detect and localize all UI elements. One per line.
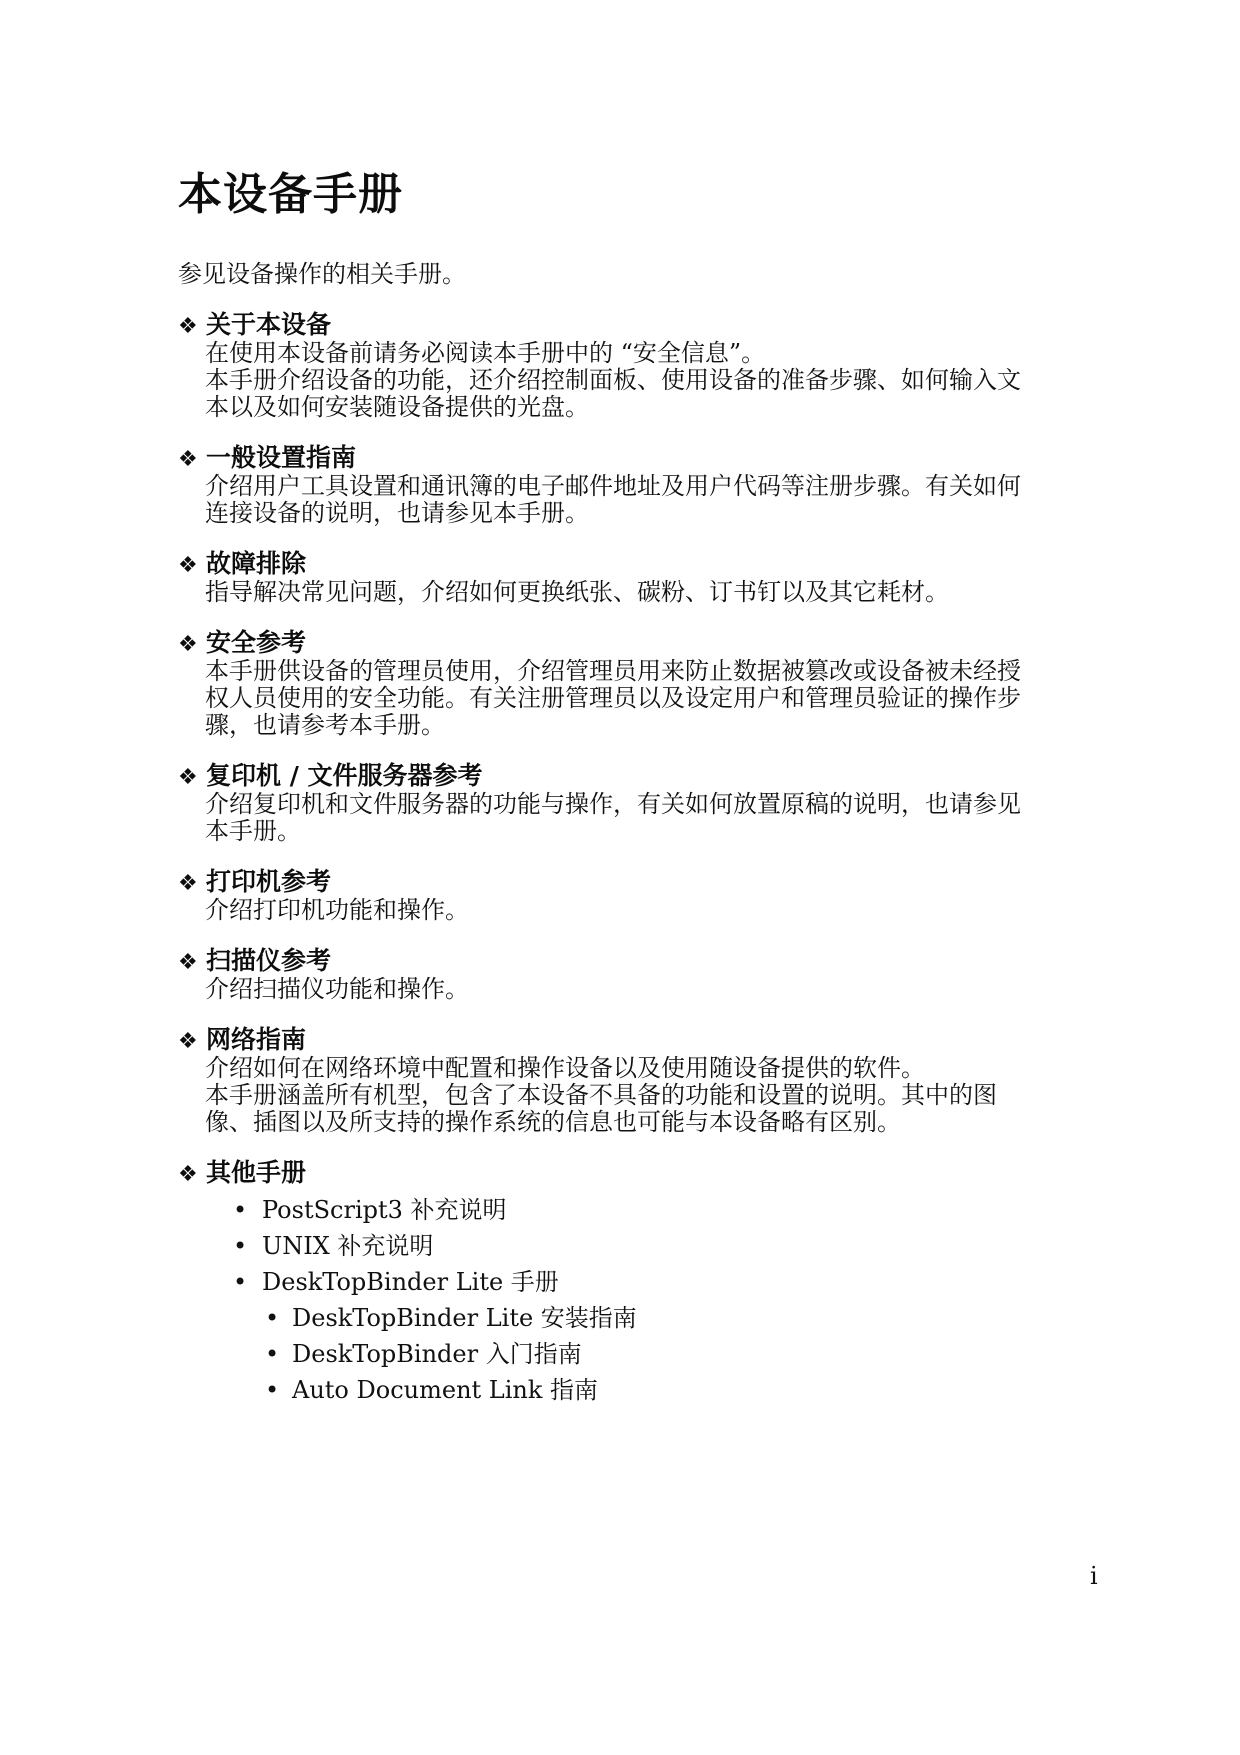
manual-name: PostScript3 补充说明 [262, 1197, 507, 1224]
list-item: • Auto Document Link 指南 [205, 1377, 1088, 1404]
manual-page: 本设备手册 参见设备操作的相关手册。 ❖ 关于本设备 在使用本设备前请务必阅读本… [0, 0, 1240, 1755]
section-body: 本手册供设备的管理员使用，介绍管理员用来防止数据被篡改或设备被未经授 权人员使用… [205, 658, 1088, 739]
section-other-manuals: ❖ 其他手册 • PostScript3 补充说明 • UNIX 补充说明 • … [178, 1159, 1088, 1404]
section-security-reference: ❖ 安全参考 本手册供设备的管理员使用，介绍管理员用来防止数据被篡改或设备被未经… [178, 629, 1088, 739]
list-item: • UNIX 补充说明 [205, 1233, 1088, 1260]
section-heading-row: ❖ 其他手册 [178, 1159, 1088, 1188]
section-heading-row: ❖ 安全参考 [178, 629, 1088, 658]
section-network-guide: ❖ 网络指南 介绍如何在网络环境中配置和操作设备以及使用随设备提供的软件。 本手… [178, 1026, 1088, 1136]
diamond-icon: ❖ [178, 313, 206, 340]
manual-name: DeskTopBinder Lite 手册 [262, 1269, 559, 1296]
section-body: 在使用本设备前请务必阅读本手册中的 “安全信息”。 本手册介绍设备的功能，还介绍… [205, 340, 1088, 421]
section-heading-row: ❖ 复印机 / 文件服务器参考 [178, 762, 1088, 791]
manual-name: UNIX 补充说明 [262, 1233, 433, 1260]
body-line: 介绍如何在网络环境中配置和操作设备以及使用随设备提供的软件。 [205, 1055, 1088, 1082]
section-heading: 安全参考 [206, 629, 306, 656]
section-scanner-reference: ❖ 扫描仪参考 介绍扫描仪功能和操作。 [178, 947, 1088, 1003]
section-heading-row: ❖ 打印机参考 [178, 868, 1088, 897]
list-item: • DeskTopBinder Lite 手册 [205, 1269, 1088, 1296]
body-line: 本手册涵盖所有机型，包含了本设备不具备的功能和设置的说明。其中的图 [205, 1082, 1088, 1109]
intro-text: 参见设备操作的相关手册。 [178, 261, 1088, 288]
body-line: 本以及如何安装随设备提供的光盘。 [205, 394, 1088, 421]
section-heading: 一般设置指南 [206, 444, 356, 471]
diamond-icon: ❖ [178, 764, 206, 791]
diamond-icon: ❖ [178, 552, 206, 579]
section-copy-document-server-reference: ❖ 复印机 / 文件服务器参考 介绍复印机和文件服务器的功能与操作，有关如何放置… [178, 762, 1088, 845]
section-body: 介绍打印机功能和操作。 [205, 897, 1088, 924]
bullet-icon: • [233, 1233, 262, 1260]
manual-name: DeskTopBinder 入门指南 [292, 1341, 582, 1368]
bullet-icon: • [265, 1341, 292, 1368]
bullet-icon: • [233, 1269, 262, 1296]
diamond-icon: ❖ [178, 446, 206, 473]
section-heading: 关于本设备 [206, 311, 331, 338]
body-line: 权人员使用的安全功能。有关注册管理员以及设定用户和管理员验证的操作步 [205, 685, 1088, 712]
section-heading: 故障排除 [206, 550, 306, 577]
body-line: 介绍扫描仪功能和操作。 [205, 976, 1088, 1003]
diamond-icon: ❖ [178, 1161, 206, 1188]
manual-list: • PostScript3 补充说明 • UNIX 补充说明 • DeskTop… [205, 1197, 1088, 1404]
body-line: 介绍用户工具设置和通讯簿的电子邮件地址及用户代码等注册步骤。有关如何 [205, 473, 1088, 500]
section-heading-row: ❖ 故障排除 [178, 550, 1088, 579]
section-body: 介绍扫描仪功能和操作。 [205, 976, 1088, 1003]
section-heading-row: ❖ 一般设置指南 [178, 444, 1088, 473]
body-line: 像、插图以及所支持的操作系统的信息也可能与本设备略有区别。 [205, 1109, 1088, 1136]
list-item: • DeskTopBinder Lite 安装指南 [205, 1305, 1088, 1332]
section-about-this-machine: ❖ 关于本设备 在使用本设备前请务必阅读本手册中的 “安全信息”。 本手册介绍设… [178, 311, 1088, 421]
section-heading-row: ❖ 扫描仪参考 [178, 947, 1088, 976]
section-heading-row: ❖ 网络指南 [178, 1026, 1088, 1055]
section-body: 介绍如何在网络环境中配置和操作设备以及使用随设备提供的软件。 本手册涵盖所有机型… [205, 1055, 1088, 1136]
diamond-icon: ❖ [178, 870, 206, 897]
page-number: i [1090, 1563, 1098, 1590]
section-body: 介绍用户工具设置和通讯簿的电子邮件地址及用户代码等注册步骤。有关如何 连接设备的… [205, 473, 1088, 527]
diamond-icon: ❖ [178, 1028, 206, 1055]
section-body: 指导解决常见问题，介绍如何更换纸张、碳粉、订书钉以及其它耗材。 [205, 579, 1088, 606]
bullet-icon: • [265, 1377, 292, 1404]
section-heading: 网络指南 [206, 1026, 306, 1053]
section-heading: 打印机参考 [206, 868, 331, 895]
body-line: 介绍复印机和文件服务器的功能与操作，有关如何放置原稿的说明，也请参见 [205, 791, 1088, 818]
section-general-settings-guide: ❖ 一般设置指南 介绍用户工具设置和通讯簿的电子邮件地址及用户代码等注册步骤。有… [178, 444, 1088, 527]
section-heading-row: ❖ 关于本设备 [178, 311, 1088, 340]
section-body: 介绍复印机和文件服务器的功能与操作，有关如何放置原稿的说明，也请参见 本手册。 [205, 791, 1088, 845]
page-content: 本设备手册 参见设备操作的相关手册。 ❖ 关于本设备 在使用本设备前请务必阅读本… [178, 170, 1088, 1404]
body-line: 介绍打印机功能和操作。 [205, 897, 1088, 924]
body-line: 指导解决常见问题，介绍如何更换纸张、碳粉、订书钉以及其它耗材。 [205, 579, 1088, 606]
body-line: 在使用本设备前请务必阅读本手册中的 “安全信息”。 [205, 340, 1088, 367]
body-line: 本手册。 [205, 818, 1088, 845]
body-line: 骤，也请参考本手册。 [205, 712, 1088, 739]
manual-name: Auto Document Link 指南 [292, 1377, 598, 1404]
section-troubleshooting: ❖ 故障排除 指导解决常见问题，介绍如何更换纸张、碳粉、订书钉以及其它耗材。 [178, 550, 1088, 606]
list-item: • DeskTopBinder 入门指南 [205, 1341, 1088, 1368]
section-heading: 复印机 / 文件服务器参考 [206, 762, 483, 789]
page-title: 本设备手册 [178, 170, 1088, 221]
body-line: 本手册供设备的管理员使用，介绍管理员用来防止数据被篡改或设备被未经授 [205, 658, 1088, 685]
body-line: 本手册介绍设备的功能，还介绍控制面板、使用设备的准备步骤、如何输入文 [205, 367, 1088, 394]
bullet-icon: • [265, 1305, 292, 1332]
manual-name: DeskTopBinder Lite 安装指南 [292, 1305, 637, 1332]
bullet-icon: • [233, 1197, 262, 1224]
section-heading: 其他手册 [206, 1159, 306, 1186]
section-heading: 扫描仪参考 [206, 947, 331, 974]
diamond-icon: ❖ [178, 631, 206, 658]
list-item: • PostScript3 补充说明 [205, 1197, 1088, 1224]
section-printer-reference: ❖ 打印机参考 介绍打印机功能和操作。 [178, 868, 1088, 924]
diamond-icon: ❖ [178, 949, 206, 976]
body-line: 连接设备的说明，也请参见本手册。 [205, 500, 1088, 527]
